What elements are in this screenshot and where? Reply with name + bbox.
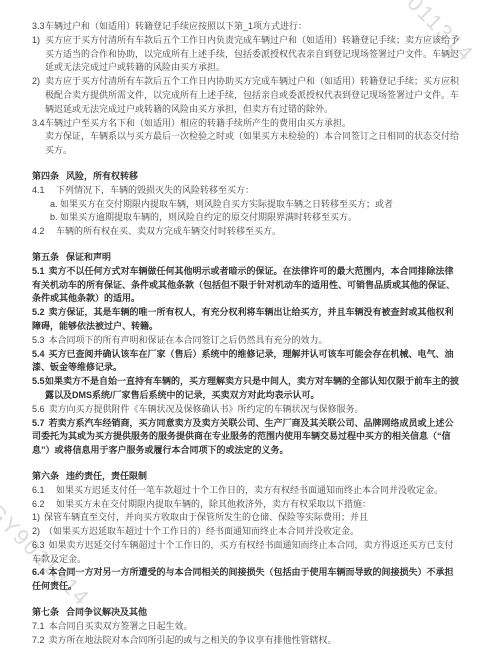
paragraph: 5.1卖方不以任何方式对车辆做任何其他明示或者暗示的保证。在法律许可的最大范围内… [32,265,460,306]
paragraph-text: 风险，所有权转移 [66,171,138,181]
paragraph: 5.2卖方保证，其是车辆的唯一所有权人，有充分权利将车辆出让给买方，并且车辆没有… [32,306,460,334]
document-body: 3.3车辆过户和（如适用）转籍登记手续应按照以下第_1项方式进行：1)买方应于买… [32,20,460,647]
paragraph: 2)卖方应于买方付清所有车款后五个工作日内协助买方完成车辆过户和（如适用）转籍登… [32,75,460,116]
paragraph: 6.4本合同一方对另一方所遭受的与本合同相关的间接损失（包括由于使用车辆而导致的… [32,566,460,594]
paragraph-label: a. [50,198,60,212]
paragraph-label: 第四条 [32,171,59,181]
paragraph-label: 3.3 [32,20,45,34]
paragraph: 6.2如果买方未在交付期限内提取车辆的，除其他救济外，卖方有权采取以下措施： [32,498,460,512]
paragraph-text: 买方已查阅并确认该车在厂家（售后）系统中的维修记录，理解并认可该车可能会存在机械… [32,349,454,373]
paragraph-label: 4.1 [32,184,56,198]
paragraph-text: （如果买方迟延取车超过十个工作日的）经书面通知而终止本合同并没收定金。 [44,526,359,536]
paragraph-text: 下列情况下，车辆的毁损灭失的风险转移至买方： [56,185,254,195]
paragraph: 7.1本合同自买卖双方签署之日起生效。 [32,620,460,634]
paragraph-text: 保管车辆直至交付，并向买方收取由于保管所发生的仓储、保险等实际费用；并且 [44,512,368,522]
paragraph-label: 7.1 [32,621,45,631]
paragraph: 2)（如果买方迟延取车超过十个工作日的）经书面通知而终止本合同并没收定金。 [32,525,460,539]
paragraph-label: 5.4 [32,349,45,359]
paragraph-label: 5.1 [32,266,45,276]
paragraph: 7.2卖方所在地法院对本合同所引起的或与之相关的争议享有排他性管辖权。 [32,634,460,648]
section-heading: 第四条风险，所有权转移 [32,170,460,184]
paragraph-label: 5.6 [32,404,45,414]
paragraph-text: 如果买方迟延支付任一笔车款超过十个工作日的，卖方有权经书面通知而终止本合同并没收… [56,485,443,495]
paragraph-text: 如果买方在交付期限内提取车辆，则风险自买方实际提取车辆之日转移至买方；或者 [60,199,393,209]
paragraph: 6.3如果卖方迟延交付车辆超过十个工作日的，买方有权经书面通知而终止本合同，卖方… [32,539,460,567]
paragraph: 卖方保证，车辆系以与买方最后一次检验之时或（如果买方未检验的）本合同签订之日相同… [32,130,460,158]
paragraph-text: 违约责任，责任限制 [66,471,147,481]
paragraph-text: 如果卖方迟延交付车辆超过十个工作日的，买方有权经书面通知而终止本合同，卖方得返还… [32,540,454,564]
paragraph: 4.1下列情况下，车辆的毁损灭失的风险转移至买方： [32,184,460,198]
paragraph-text: 卖方所在地法院对本合同所引起的或与之相关的争议享有排他性管辖权。 [49,635,337,645]
section-heading: 第六条违约责任，责任限制 [32,470,460,484]
paragraph: 3.4车辆过户至买方名下和（如适用）相应的转籍手续所产生的费用由买方承担。 [32,117,460,131]
paragraph-text: 买方应于买方付清所有车款后五个工作日内负责完成车辆过户和（如适用）转籍登记手续；… [45,35,459,73]
paragraph-label: b. [50,211,60,225]
paragraph: 5.6卖方向买方提供附件《车辆状况及保修确认书》所约定的车辆状况与保修服务。 [32,403,460,417]
paragraph: 1)保管车辆直至交付，并向买方收取由于保管所发生的仓储、保险等实际费用；并且 [32,511,460,525]
paragraph-text: 本合同项下的所有声明和保证在本合同签订之后仍然具有充分的效力。 [49,335,328,345]
paragraph-text: 卖方向买方提供附件《车辆状况及保修确认书》所约定的车辆状况与保修服务。 [49,404,364,414]
paragraph: a.如果买方在交付期限内提取车辆，则风险自买方实际提取车辆之日转移至买方；或者 [32,198,460,212]
paragraph-text: 若卖方系汽车经销商，买方同意卖方及卖方关联公司、生产厂商及其关联公司、品牌网络成… [32,418,454,456]
paragraph-label: 5.5 [32,375,45,389]
paragraph: 5.4买方已查阅并确认该车在厂家（售后）系统中的维修记录，理解并认可该车可能会存… [32,348,460,376]
paragraph-text: 车辆的所有权在买、卖双方完成车辆交付时转移至买方。 [56,226,281,236]
paragraph-text: 本合同一方对另一方所遭受的与本合同相关的间接损失（包括由于使用车辆而导致的间接损… [32,567,454,591]
paragraph-label: 4.2 [32,225,56,239]
paragraph-text: 合同争议解决及其他 [66,607,147,617]
paragraph-label: 2) [32,526,40,536]
paragraph-label: 1) [32,34,45,48]
paragraph: 4.2车辆的所有权在买、卖双方完成车辆交付时转移至买方。 [32,225,460,239]
paragraph: 3.3车辆过户和（如适用）转籍登记手续应按照以下第_1项方式进行： [32,20,460,34]
paragraph: 5.3本合同项下的所有声明和保证在本合同签订之后仍然具有充分的效力。 [32,334,460,348]
paragraph-text: 卖方保证，车辆系以与买方最后一次检验之时或（如果买方未检验的）本合同签订之日相同… [45,131,459,155]
section-heading: 第七条合同争议解决及其他 [32,606,460,620]
paragraph-text: 卖方保证，其是车辆的唯一所有权人，有充分权利将车辆出让给买方，并且车辆没有被查封… [32,307,454,331]
paragraph-label: 5.2 [32,307,45,317]
paragraph-label: 3.4 [32,117,45,131]
paragraph: 1)买方应于买方付清所有车款后五个工作日内负责完成车辆过户和（如适用）转籍登记手… [32,34,460,75]
paragraph-text: 车辆过户至买方名下和（如适用）相应的转籍手续所产生的费用由买方承担。 [45,118,351,128]
paragraph-label: 第六条 [32,471,59,481]
paragraph-text: 如果买方逾期提取车辆的，则风险自约定的原交付期限界满时转移至买方。 [60,212,357,222]
contract-page: NGY9011314 NGY9011314 3.3车辆过户和（如适用）转籍登记手… [0,0,482,662]
paragraph: b.如果买方逾期提取车辆的，则风险自约定的原交付期限界满时转移至买方。 [32,211,460,225]
paragraph-label: 6.3 [32,540,45,550]
paragraph-text: 如果买方未在交付期限内提取车辆的，除其他救济外，卖方有权采取以下措施： [56,499,371,509]
paragraph-text: 如果卖方不是自始一直持有车辆的，买方理解卖方只是中间人，卖方对车辆的全部认知仅限… [45,376,459,400]
paragraph: 6.1如果买方迟延支付任一笔车款超过十个工作日的，卖方有权经书面通知而终止本合同… [32,484,460,498]
paragraph-label: 1) [32,512,40,522]
paragraph-label: 第七条 [32,607,59,617]
paragraph-label: 2) [32,75,45,89]
paragraph-label: 6.4 [32,567,45,577]
paragraph-label: 第五条 [32,252,59,262]
paragraph-text: 车辆过户和（如适用）转籍登记手续应按照以下第_1项方式进行： [45,21,307,31]
paragraph-label: 6.1 [32,484,56,498]
section-heading: 第五条保证和声明 [32,251,460,265]
paragraph-text: 保证和声明 [66,252,111,262]
paragraph-text: 卖方应于买方付清所有车款后五个工作日内协助买方完成车辆过户和（如适用）转籍登记手… [45,76,459,114]
paragraph-label: 6.2 [32,498,56,512]
paragraph-label: 5.7 [32,418,45,428]
paragraph-text: 卖方不以任何方式对车辆做任何其他明示或者暗示的保证。在法律许可的最大范围内，本合… [32,266,455,304]
paragraph: 5.7若卖方系汽车经销商，买方同意卖方及卖方关联公司、生产厂商及其关联公司、品牌… [32,417,460,458]
paragraph: 5.5如果卖方不是自始一直持有车辆的，买方理解卖方只是中间人，卖方对车辆的全部认… [32,375,460,403]
paragraph-label: 5.3 [32,335,45,345]
paragraph-text: 本合同自买卖双方签署之日起生效。 [49,621,193,631]
paragraph-label: 7.2 [32,635,45,645]
